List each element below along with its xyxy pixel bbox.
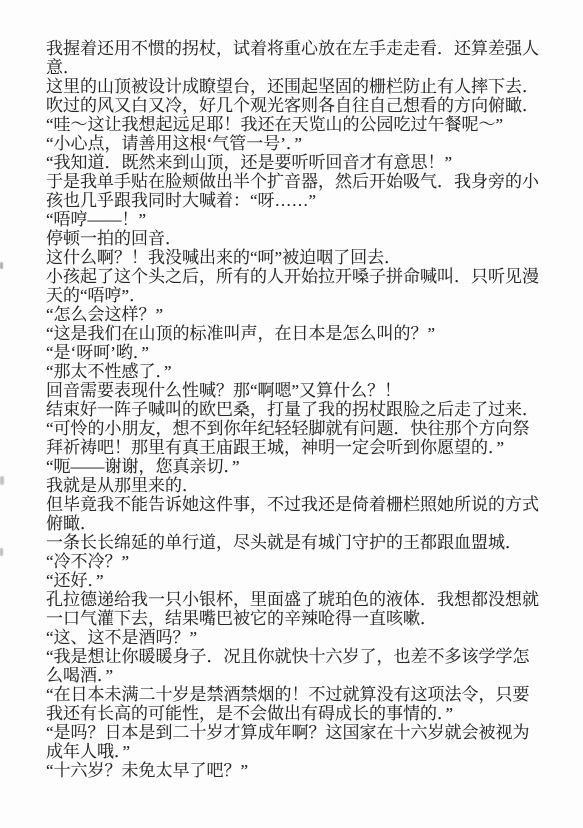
text-line: 一口气灌下去，结果嘴巴被它的辛辣呛得一直咳嗽． bbox=[46, 609, 547, 628]
text-line: 小孩起了这个头之后，所有的人开始拉开嗓子拼命喊叫．只听见漫 bbox=[46, 267, 547, 286]
text-line: “还好．” bbox=[46, 571, 547, 590]
text-line: 吹过的风又白又冷，好几个观光客则各自往自己想看的方向俯瞰． bbox=[46, 96, 547, 115]
text-line: 意． bbox=[46, 58, 547, 77]
text-line: “这、这不是酒吗？” bbox=[46, 628, 547, 647]
text-line: 于是我单手贴在脸颊做出半个扩音器，然后开始吸气．我身旁的小 bbox=[46, 172, 547, 191]
text-line: “可怜的小朋友，想不到你年纪轻轻脚就有问题．快往那个方向祭 bbox=[46, 419, 547, 438]
text-line: 俯瞰． bbox=[46, 514, 547, 533]
text-line: 孩也几乎跟我同时大喊着：“呀……” bbox=[46, 191, 547, 210]
text-line: 这里的山顶被设计成瞭望台，还围起坚固的栅栏防止有人摔下去． bbox=[46, 77, 547, 96]
text-line: 天的“唔哼”． bbox=[46, 286, 547, 305]
text-line: “在日本未满二十岁是禁酒禁烟的！不过就算没有这项法令，只要 bbox=[46, 685, 547, 704]
scanned-novel-page: 我握着还用不惯的拐杖，试着将重心放在左手走走看．还算差强人意．这里的山顶被设计成… bbox=[0, 0, 583, 828]
text-line: 结束好一阵子喊叫的欧巴桑，打量了我的拐杖跟脸之后走了过来． bbox=[46, 400, 547, 419]
text-line: “我是想让你暖暖身子．况且你就快十六岁了，也差不多该学学怎 bbox=[46, 647, 547, 666]
text-line: 成年人哦．” bbox=[46, 742, 547, 761]
text-line: “呃——谢谢，您真亲切．” bbox=[46, 457, 547, 476]
text-line: 但毕竟我不能告诉她这件事，不过我还是倚着栅栏照她所说的方式 bbox=[46, 495, 547, 514]
text-line: “我知道．既然来到山顶，还是要听听回音才有意思！” bbox=[46, 153, 547, 172]
text-line: 这什么啊？！我没喊出来的“呵”被迫咽了回去． bbox=[46, 248, 547, 267]
scan-artifact bbox=[0, 262, 3, 269]
text-line: 一条长长绵延的单行道，尽头就是有城门守护的王都跟血盟城． bbox=[46, 533, 547, 552]
text-line: “唔哼——！” bbox=[46, 210, 547, 229]
text-line: 我还有长高的可能性，是不会做出有碍成长的事情的．” bbox=[46, 704, 547, 723]
text-line: “这是我们在山顶的标准叫声，在日本是怎么叫的？” bbox=[46, 324, 547, 343]
text-line: “那太不性感了．” bbox=[46, 362, 547, 381]
text-line: 停顿一拍的回音． bbox=[46, 229, 547, 248]
text-line: 孔拉德递给我一只小银杯，里面盛了琥珀色的液体．我想都没想就 bbox=[46, 590, 547, 609]
text-line: “十六岁？未免太早了吧？” bbox=[46, 761, 547, 780]
text-line: “小心点，请善用这根‘气管一号’．” bbox=[46, 134, 547, 153]
text-block: 我握着还用不惯的拐杖，试着将重心放在左手走走看．还算差强人意．这里的山顶被设计成… bbox=[46, 39, 547, 780]
text-line: 拜祈祷吧！那里有真王庙跟王城，神明一定会听到你愿望的．” bbox=[46, 438, 547, 457]
text-line: 我握着还用不惯的拐杖，试着将重心放在左手走走看．还算差强人 bbox=[46, 39, 547, 58]
scan-artifact bbox=[0, 476, 4, 485]
scan-artifact bbox=[0, 548, 3, 556]
text-line: 我就是从那里来的． bbox=[46, 476, 547, 495]
text-line: “哇～这让我想起远足耶！我还在天览山的公园吃过午餐呢～” bbox=[46, 115, 547, 134]
text-line: “怎么会这样？” bbox=[46, 305, 547, 324]
text-line: “是‘呀呵’哟．” bbox=[46, 343, 547, 362]
text-line: “是吗？日本是到二十岁才算成年啊？这国家在十六岁就会被视为 bbox=[46, 723, 547, 742]
text-line: “冷不冷？” bbox=[46, 552, 547, 571]
text-line: 么喝酒．” bbox=[46, 666, 547, 685]
text-line: 回音需要表现什么性喊？那“啊嗯”又算什么？！ bbox=[46, 381, 547, 400]
